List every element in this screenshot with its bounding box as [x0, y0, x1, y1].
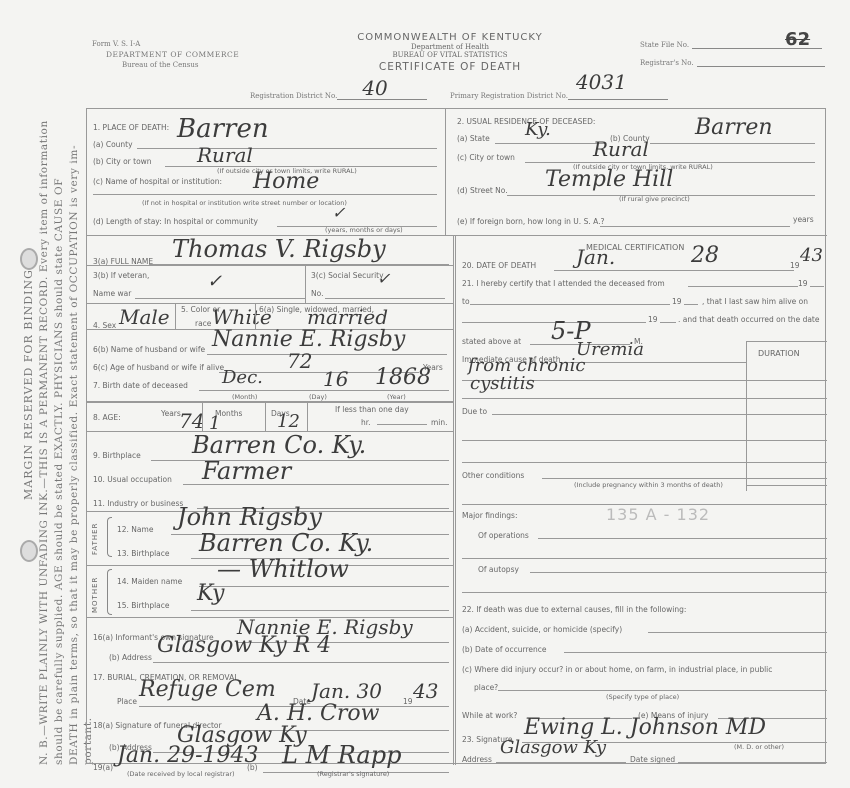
- cause-line1-value[interactable]: Uremia: [576, 339, 644, 360]
- certify-label: 21. I hereby certify that I attended the…: [462, 279, 665, 288]
- hospital-value[interactable]: Home: [253, 169, 319, 194]
- place-of-death-section: 1. PLACE OF DEATH: (a) County Barren (b)…: [87, 109, 445, 235]
- state-file-label: State File No.: [640, 41, 689, 49]
- registration-district: Registration District No. 40: [250, 88, 427, 100]
- place-label: place?: [474, 683, 498, 692]
- death-city-label: (b) City or town: [93, 157, 152, 166]
- dod-label: 20. DATE OF DEATH: [462, 261, 536, 270]
- birth-date-label: 7. Birth date of deceased: [93, 381, 188, 390]
- month-note: (Month): [232, 393, 257, 401]
- registrar-note: (Registrar's signature): [317, 770, 389, 778]
- margin-instruction-line: should be carefully supplied. AGE should…: [53, 178, 65, 765]
- bureau: Bureau of the Census: [122, 61, 239, 69]
- last-saw-label: , that I last saw him alive on: [702, 297, 808, 306]
- min-label: min.: [431, 418, 448, 427]
- dod-month-value[interactable]: Jan.: [576, 245, 615, 269]
- birthplace-value[interactable]: Barren Co. Ky.: [192, 431, 366, 459]
- autopsy-label: Of autopsy: [478, 565, 519, 574]
- bureau-vital: BUREAU OF VITAL STATISTICS: [330, 51, 570, 59]
- res-state-value[interactable]: Ky.: [525, 119, 551, 140]
- certify-19a: 19: [798, 279, 808, 288]
- punch-hole-icon: [20, 248, 38, 270]
- dod-year-prefix: 19: [790, 261, 800, 270]
- res-street-value[interactable]: Temple Hill: [545, 167, 673, 192]
- hr-label: hr.: [361, 418, 371, 427]
- res-street-label: (d) Street No.: [457, 186, 508, 195]
- primary-reg-label: Primary Registration District No.: [450, 92, 568, 100]
- burial-date-value[interactable]: Jan. 30: [311, 679, 382, 703]
- ssn-value[interactable]: ✓: [377, 269, 390, 288]
- death-county-label: (a) County: [93, 140, 133, 149]
- occurrence-label: (b) Date of occurrence: [462, 645, 547, 654]
- primary-reg-value: 4031: [576, 70, 627, 94]
- header-right: State File No. 62 Registrar's No.: [640, 35, 825, 67]
- certificate-form: 1. PLACE OF DEATH: (a) County Barren (b)…: [86, 108, 826, 764]
- father-label: FATHER: [91, 523, 99, 555]
- birthplace-label: 9. Birthplace: [93, 451, 141, 460]
- medical-certification-section: MEDICAL CERTIFICATION 20. DATE OF DEATH …: [456, 235, 827, 765]
- dept-health: Department of Health: [330, 43, 570, 51]
- place-note: (Specify type of place): [606, 693, 679, 701]
- father-birthplace-value[interactable]: Barren Co. Ky.: [199, 529, 373, 557]
- physician-address-value[interactable]: Glasgow Ky: [500, 737, 606, 758]
- res-state-label: (a) State: [457, 134, 490, 143]
- punch-hole-icon: [20, 540, 38, 562]
- occurred-label: . and that death occurred on the date: [678, 315, 819, 324]
- veteran-label: 3(b) If veteran,: [93, 271, 149, 280]
- state-name: COMMONWEALTH OF KENTUCKY: [330, 32, 570, 43]
- burial-year-value[interactable]: 43: [413, 679, 438, 703]
- ssn-no-label: No.: [311, 289, 323, 298]
- binding-margin: MARGIN RESERVED FOR BINDING N. B.—WRITE …: [0, 0, 88, 788]
- burial-place-label: Place: [117, 697, 137, 706]
- day-note: (Day): [309, 393, 327, 401]
- operations-label: Of operations: [478, 531, 529, 540]
- birth-year-value[interactable]: 1868: [375, 365, 431, 390]
- operations-stamp: 135 A - 132: [606, 505, 710, 524]
- name-war-value[interactable]: ✓: [207, 271, 222, 292]
- marital-value[interactable]: married: [307, 305, 388, 329]
- age-years-label: Years: [161, 409, 181, 418]
- received-value[interactable]: Jan. 29-1943: [117, 743, 259, 768]
- stay-note: (years, months or days): [325, 226, 403, 234]
- registrar-sig-label: (b): [247, 763, 258, 772]
- father-name-label: 12. Name: [117, 525, 153, 534]
- cause-line3-value[interactable]: cystitis: [470, 373, 535, 394]
- findings-label: Major findings:: [462, 511, 517, 520]
- other-conditions-label: Other conditions: [462, 471, 524, 480]
- spouse-age-label: 6(c) Age of husband or wife if alive: [93, 363, 224, 372]
- mother-birthplace-value[interactable]: Ky: [197, 581, 224, 606]
- registrar-signature-value[interactable]: L M Rapp: [282, 741, 401, 769]
- res-city-value[interactable]: Rural: [593, 137, 649, 161]
- date-signed-label: Date signed: [630, 755, 675, 764]
- accident-label: (a) Accident, suicide, or homicide (spec…: [462, 625, 622, 634]
- registrar-no-label: Registrar's No.: [640, 59, 694, 67]
- other-conditions-note: (Include pregnancy within 3 months of de…: [574, 481, 723, 489]
- received-note: (Date received by local registrar): [127, 770, 235, 778]
- birth-month-value[interactable]: Dec.: [222, 367, 263, 388]
- mother-label: MOTHER: [91, 577, 99, 613]
- page-title: CERTIFICATE OF DEATH: [330, 61, 570, 73]
- header-title-block: COMMONWEALTH OF KENTUCKY Department of H…: [330, 32, 570, 73]
- foreign-label: (e) If foreign born, how long in U. S. A…: [457, 217, 604, 226]
- reg-district-label: Registration District No.: [250, 92, 337, 100]
- external-label: 22. If death was due to external causes,…: [462, 605, 686, 614]
- primary-registration-district: Primary Registration District No. 4031: [450, 88, 668, 100]
- md-note: (M. D. or other): [734, 743, 784, 751]
- less-than-day-label: If less than one day: [335, 405, 409, 414]
- where-label: (c) Where did injury occur? in or about …: [462, 665, 772, 674]
- age-label: 8. AGE:: [93, 413, 121, 422]
- full-name-value[interactable]: Thomas V. Rigsby: [172, 235, 386, 263]
- margin-instruction-line: N. B.—WRITE PLAINLY WITH UNFADING INK.—T…: [38, 120, 50, 765]
- res-city-label: (c) City or town: [457, 153, 515, 162]
- father-name-value[interactable]: John Rigsby: [177, 503, 322, 531]
- year-note: (Year): [387, 393, 406, 401]
- received-label: 19(a): [93, 763, 113, 772]
- certify-to-label: to: [462, 297, 470, 306]
- reg-district-value: 40: [362, 76, 387, 100]
- hospital-note: (If not in hospital or institution write…: [142, 199, 347, 207]
- certify-19b: 19: [672, 297, 682, 306]
- form-number: Form V. S. I-A: [92, 40, 239, 48]
- informant-address-value[interactable]: Glasgow Ky R 4: [157, 633, 331, 658]
- sex-value[interactable]: Male: [119, 305, 170, 329]
- mother-maiden-value[interactable]: — Whitlow: [217, 555, 349, 583]
- dod-year-value[interactable]: 43: [800, 245, 823, 266]
- birth-day-value[interactable]: 16: [323, 367, 348, 391]
- header-left: Form V. S. I-A DEPARTMENT OF COMMERCE Bu…: [92, 40, 239, 71]
- personal-section: 3(a) FULL NAME Thomas V. Rigsby 3(b) If …: [87, 235, 453, 765]
- physician-address-label: Address: [462, 755, 492, 764]
- duration-label: DURATION: [758, 349, 800, 358]
- place-of-death-heading: 1. PLACE OF DEATH:: [93, 123, 169, 132]
- mother-maiden-label: 14. Maiden name: [117, 577, 182, 586]
- stated-above-label: stated above at: [462, 337, 521, 346]
- father-birthplace-label: 13. Birthplace: [117, 549, 170, 558]
- res-county-value[interactable]: Barren: [695, 115, 773, 140]
- spouse-label: 6(b) Name of husband or wife: [93, 345, 205, 354]
- margin-binding-label: MARGIN RESERVED FOR BINDING: [22, 269, 35, 500]
- name-war-label: Name war: [93, 289, 131, 298]
- occupation-label: 10. Usual occupation: [93, 475, 172, 484]
- foreign-unit: years: [793, 215, 814, 224]
- burial-place-value[interactable]: Refuge Cem: [139, 677, 276, 702]
- ssn-label: 3(c) Social Security: [311, 271, 384, 280]
- mother-birthplace-label: 15. Birthplace: [117, 601, 170, 610]
- certify-19c: 19: [648, 315, 658, 324]
- res-street-note: (If rural give precinct): [619, 195, 690, 203]
- dod-day-value[interactable]: 28: [691, 243, 719, 268]
- burial-year-prefix: 19: [403, 697, 413, 706]
- stay-value[interactable]: ✓: [332, 203, 345, 222]
- race-label: race: [195, 319, 211, 328]
- informant-address-label: (b) Address: [109, 653, 152, 662]
- department: DEPARTMENT OF COMMERCE: [106, 50, 239, 59]
- margin-instruction-line: DEATH in plain terms, so that it may be …: [68, 145, 80, 765]
- age-years-value[interactable]: 74: [179, 409, 204, 433]
- death-city-value[interactable]: Rural: [197, 143, 253, 167]
- work-label: While at work?: [462, 711, 517, 720]
- due-to-label: Due to: [462, 407, 487, 416]
- state-file-value: 62: [785, 29, 810, 50]
- stay-label: (d) Length of stay: In hospital or commu…: [93, 217, 258, 226]
- industry-label: 11. Industry or business: [93, 499, 183, 508]
- residence-section: 2. USUAL RESIDENCE OF DECEASED: (a) Stat…: [445, 109, 827, 235]
- age-days-value[interactable]: 12: [277, 411, 300, 432]
- registrar-no-field: [697, 57, 825, 67]
- occupation-value[interactable]: Farmer: [202, 457, 291, 485]
- death-county-value[interactable]: Barren: [177, 114, 269, 144]
- spouse-age-value[interactable]: 72: [287, 349, 312, 373]
